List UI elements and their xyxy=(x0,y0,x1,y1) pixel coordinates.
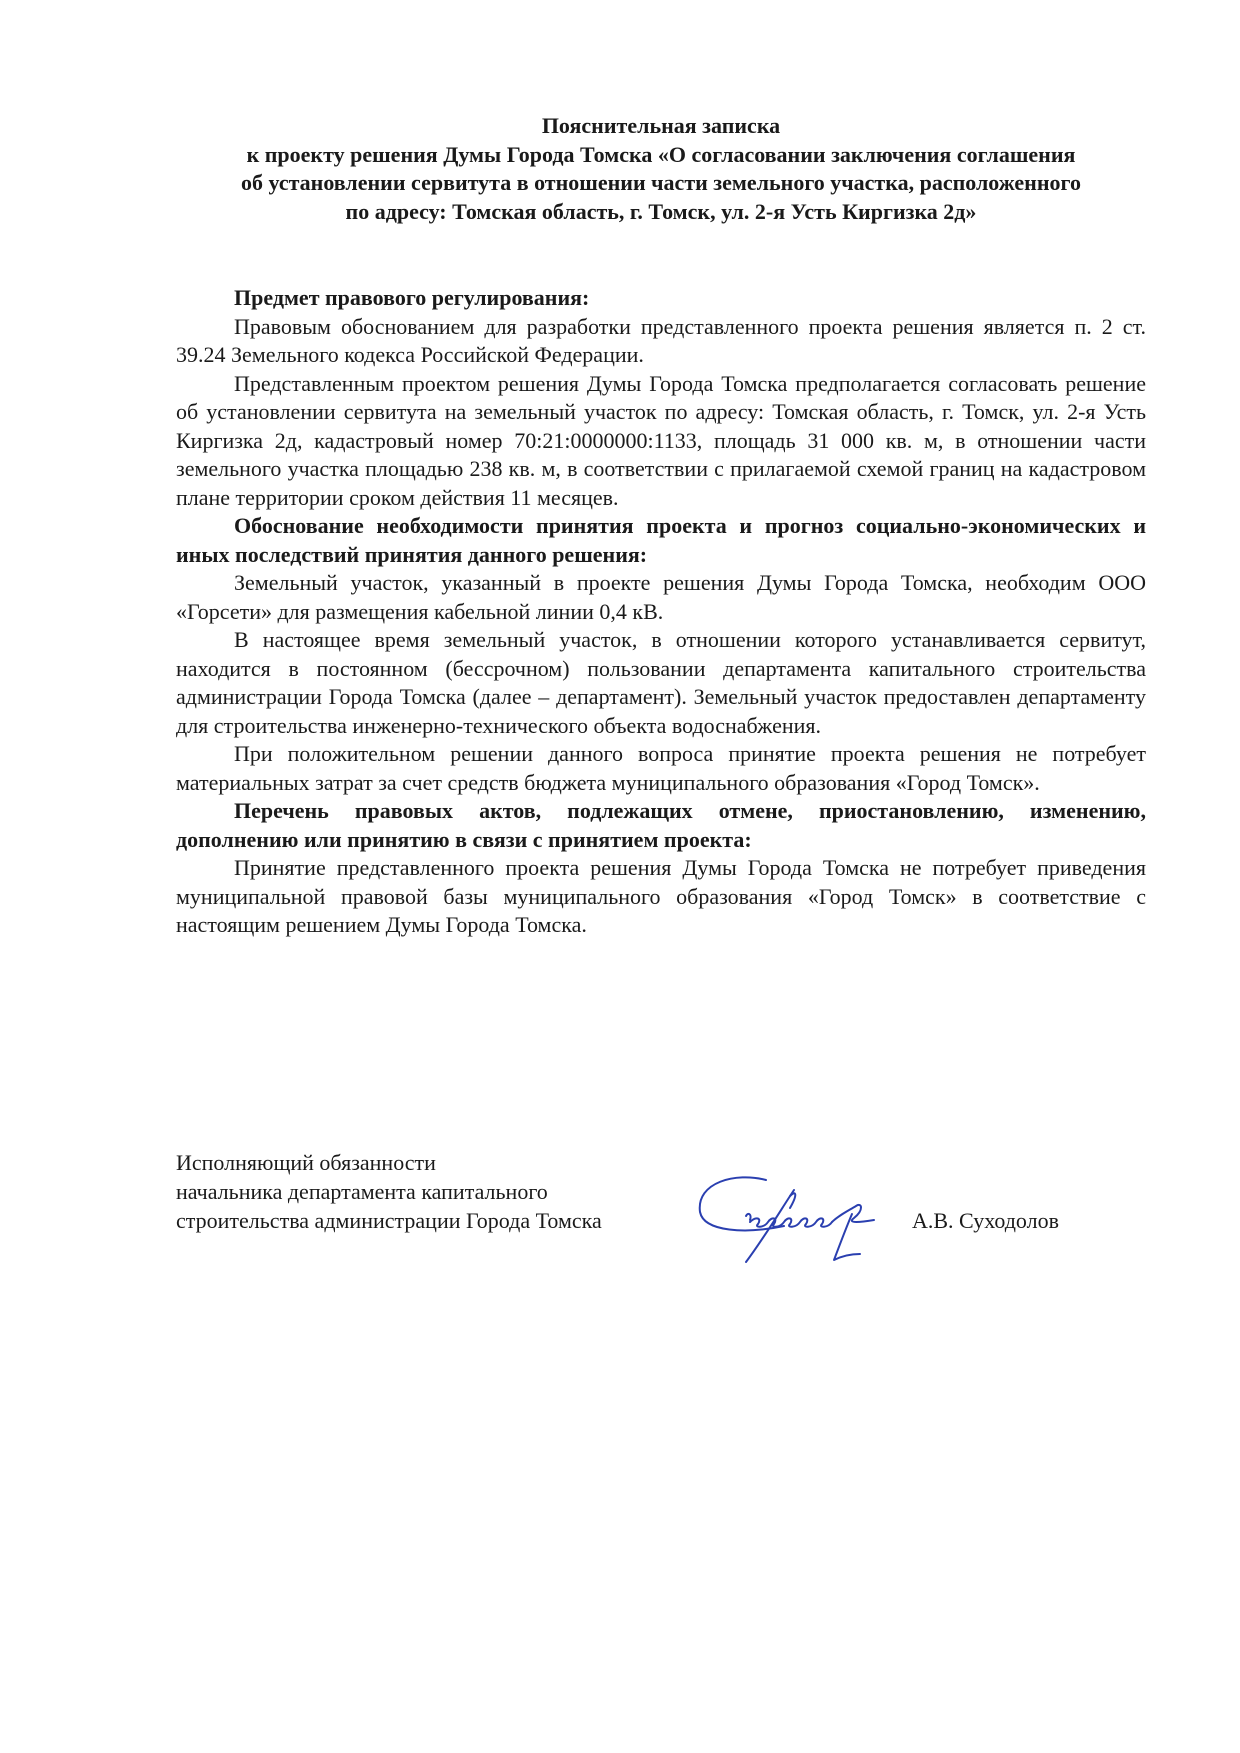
signature-block: Исполняющий обязанности начальника депар… xyxy=(176,1148,1156,1268)
position-line: строительства администрации Города Томск… xyxy=(176,1206,602,1235)
signatory-name: А.В. Суходолов xyxy=(912,1206,1059,1235)
section-heading-justification: Обоснование необходимости принятия проек… xyxy=(176,512,1146,569)
paragraph: Представленным проектом решения Думы Гор… xyxy=(176,370,1146,513)
document-body: Предмет правового регулирования: Правовы… xyxy=(176,284,1146,940)
title-line: к проекту решения Думы Города Томска «О … xyxy=(176,141,1146,170)
handwritten-signature-icon xyxy=(686,1168,886,1268)
signatory-position: Исполняющий обязанности начальника депар… xyxy=(176,1148,602,1235)
paragraph: Принятие представленного проекта решения… xyxy=(176,854,1146,940)
section-heading-subject: Предмет правового регулирования: xyxy=(176,284,1146,313)
paragraph: Правовым обоснованием для разработки пре… xyxy=(176,313,1146,370)
title-line: об установлении сервитута в отношении ча… xyxy=(176,169,1146,198)
title-line: Пояснительная записка xyxy=(176,112,1146,141)
paragraph: Земельный участок, указанный в проекте р… xyxy=(176,569,1146,626)
title-line: по адресу: Томская область, г. Томск, ул… xyxy=(176,198,1146,227)
position-line: Исполняющий обязанности xyxy=(176,1148,602,1177)
paragraph: В настоящее время земельный участок, в о… xyxy=(176,626,1146,740)
section-heading-legal-acts: Перечень правовых актов, подлежащих отме… xyxy=(176,797,1146,854)
paragraph: При положительном решении данного вопрос… xyxy=(176,740,1146,797)
document-page: Пояснительная записка к проекту решения … xyxy=(0,0,1240,1753)
document-title: Пояснительная записка к проекту решения … xyxy=(176,112,1146,226)
position-line: начальника департамента капитального xyxy=(176,1177,602,1206)
